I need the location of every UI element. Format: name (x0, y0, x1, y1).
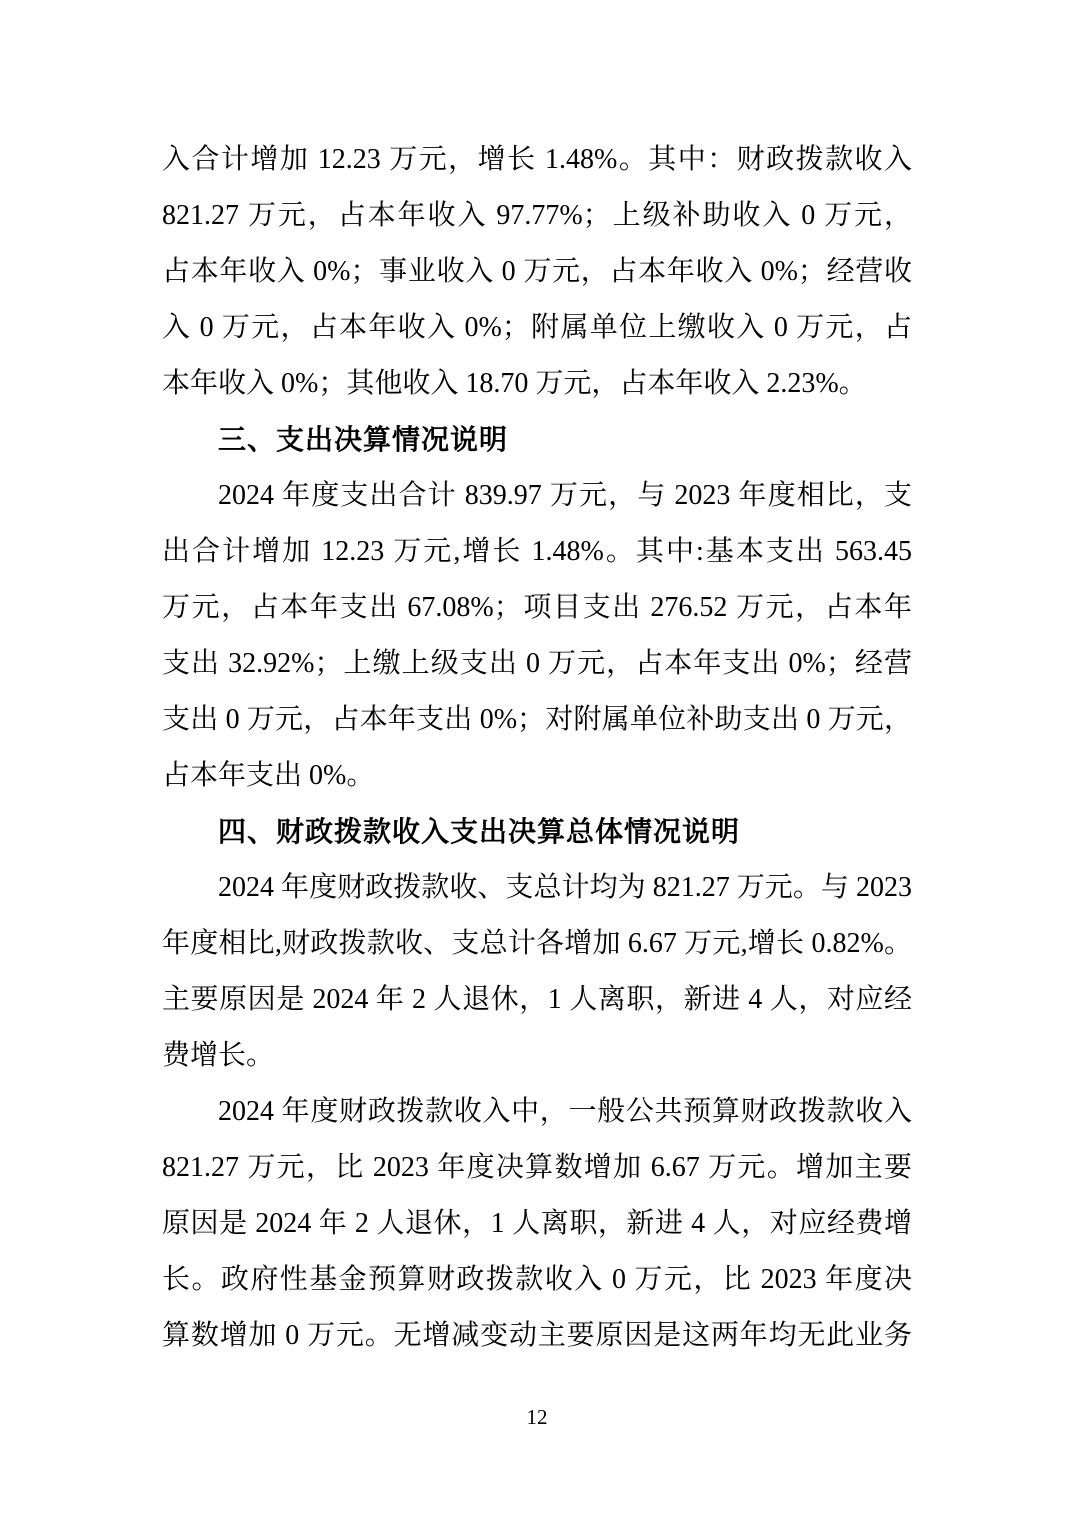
text-line: 占本年支出 0%。 (162, 748, 912, 804)
document-page: 入合计增加 12.23 万元，增长 1.48%。其中：财政拨款收入821.27 … (0, 0, 1074, 1520)
page-number: 12 (0, 1402, 1074, 1432)
text-line: 费增长。 (162, 1028, 912, 1084)
text-line: 2024 年度支出合计 839.97 万元，与 2023 年度相比，支 (162, 468, 912, 524)
text-line: 主要原因是 2024 年 2 人退休，1 人离职，新进 4 人，对应经 (162, 972, 912, 1028)
text-line: 本年收入 0%；其他收入 18.70 万元，占本年收入 2.23%。 (162, 356, 912, 412)
text-line: 出合计增加 12.23 万元,增长 1.48%。其中:基本支出 563.45 (162, 524, 912, 580)
text-line: 821.27 万元，比 2023 年度决算数增加 6.67 万元。增加主要 (162, 1140, 912, 1196)
section-heading: 四、财政拨款收入支出决算总体情况说明 (162, 804, 912, 860)
text-line: 长。政府性基金预算财政拨款收入 0 万元，比 2023 年度决 (162, 1252, 912, 1308)
text-line: 入合计增加 12.23 万元，增长 1.48%。其中：财政拨款收入 (162, 132, 912, 188)
text-line: 支出 32.92%；上缴上级支出 0 万元，占本年支出 0%；经营 (162, 636, 912, 692)
text-line: 原因是 2024 年 2 人退休，1 人离职，新进 4 人，对应经费增 (162, 1196, 912, 1252)
text-line: 算数增加 0 万元。无增减变动主要原因是这两年均无此业务 (162, 1308, 912, 1364)
text-line: 821.27 万元，占本年收入 97.77%；上级补助收入 0 万元， (162, 188, 912, 244)
text-line: 入 0 万元，占本年收入 0%；附属单位上缴收入 0 万元，占 (162, 300, 912, 356)
text-line: 支出 0 万元，占本年支出 0%；对附属单位补助支出 0 万元， (162, 692, 912, 748)
text-line: 2024 年度财政拨款收入中，一般公共预算财政拨款收入 (162, 1084, 912, 1140)
section-heading: 三、支出决算情况说明 (162, 412, 912, 468)
text-line: 万元，占本年支出 67.08%；项目支出 276.52 万元，占本年 (162, 580, 912, 636)
document-text-block: 入合计增加 12.23 万元，增长 1.48%。其中：财政拨款收入821.27 … (162, 132, 912, 1364)
text-line: 2024 年度财政拨款收、支总计均为 821.27 万元。与 2023 (162, 860, 912, 916)
text-line: 年度相比,财政拨款收、支总计各增加 6.67 万元,增长 0.82%。 (162, 916, 912, 972)
text-line: 占本年收入 0%；事业收入 0 万元，占本年收入 0%；经营收 (162, 244, 912, 300)
